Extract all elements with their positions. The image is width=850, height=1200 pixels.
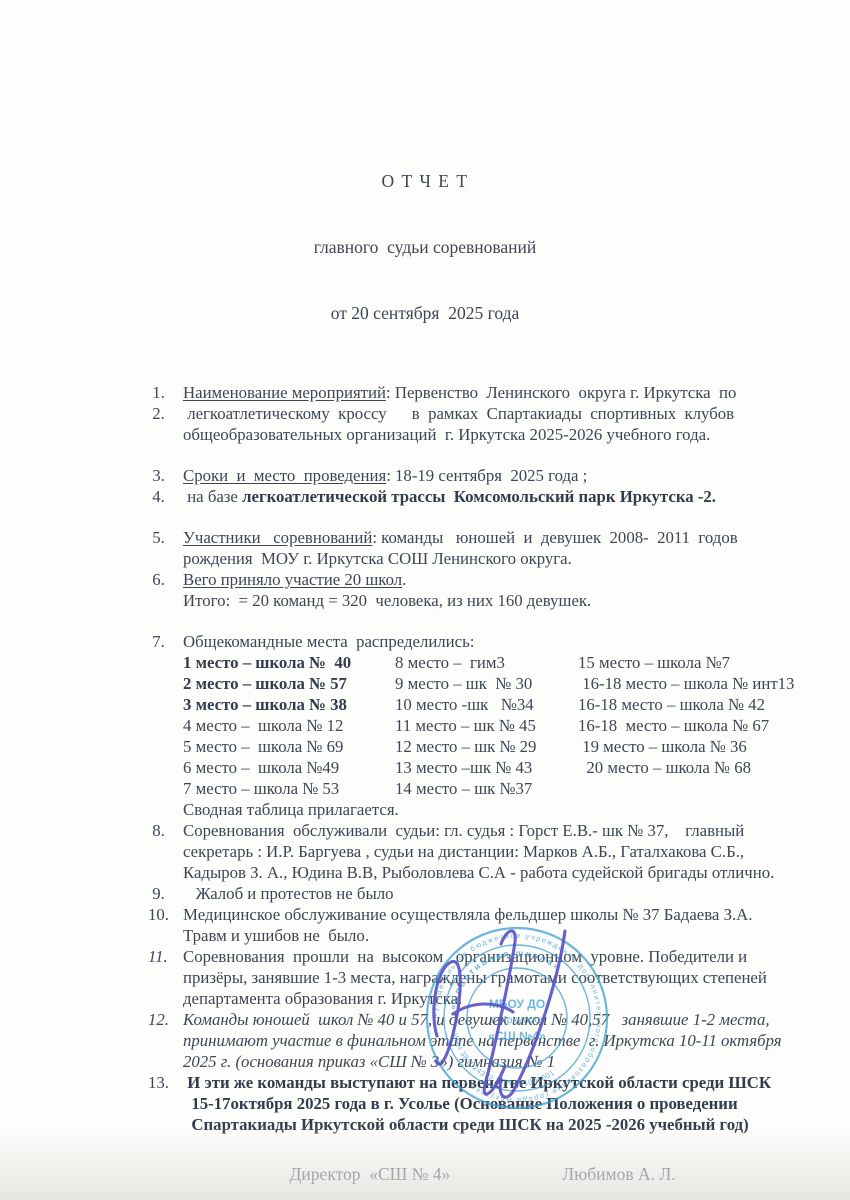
item-line: легкоатлетическому кроссу в рамках Спарт… [183, 403, 734, 424]
ranking-cell: 6 место – школа №49 [183, 757, 395, 778]
text-segment: Сводная таблица прилагается. [183, 800, 399, 819]
report-item: 7.Общекомандные места распределились:1 м… [148, 631, 832, 820]
item-number: 7. [148, 631, 183, 820]
text-segment: : команды юношей и девушек 2008- 2011 го… [372, 528, 737, 547]
ranking-cell: 11 место – шк № 45 [395, 715, 578, 736]
item-content: на базе легкоатлетической трассы Комсомо… [183, 486, 716, 507]
ranking-cell: 7 место – школа № 53 [183, 778, 395, 799]
text-segment: Вего приняло участие 20 школ [183, 570, 402, 589]
ranking-cell: 10 место -шк №34 [395, 694, 578, 715]
text-segment: на базе [183, 487, 242, 506]
text-segment: секретарь : И.Р. Баргуева , судьи на дис… [183, 842, 744, 861]
ranking-cell: 13 место –шк № 43 [395, 757, 578, 778]
director-row: Директор «СШ № 4»Любимов А. Л. [0, 1143, 850, 1200]
ranking-cell: 5 место – школа № 69 [183, 736, 395, 757]
ranking-cell: 1 место – школа № 40 [183, 652, 395, 673]
ranking-cell: 20 место – школа № 68 [578, 757, 751, 778]
ranking-row: 4 место – школа № 1211 место – шк № 4516… [183, 715, 794, 736]
item-number: 4. [148, 486, 183, 507]
item-line: Наименование мероприятий: Первенство Лен… [183, 382, 736, 403]
item-number: 11. [148, 946, 183, 1009]
item-line: рождения МОУ г. Иркутска СОШ Ленинского … [183, 548, 738, 569]
text-segment: Жалоб и протестов не было [183, 884, 394, 903]
item-line: Жалоб и протестов не было [183, 883, 394, 904]
item-line: Участники соревнований: команды юношей и… [183, 527, 738, 548]
text-segment: . [402, 570, 406, 589]
title-line-2: главного судьи соревнований [0, 236, 850, 258]
ranking-row: 7 место – школа № 5314 место – шк №37 [183, 778, 794, 799]
item-number: 1. [148, 382, 183, 403]
ranking-cell: 16-18 место – школа № инт13 [578, 673, 794, 694]
title-line-1: О Т Ч Е Т [0, 170, 850, 192]
ranking-cell: 16-18 место – школа № 67 [578, 715, 769, 736]
item-content: Сроки и место проведения: 18-19 сентября… [183, 465, 587, 486]
item-line: Кадыров З. А., Юдина В.В, Рыболовлева С.… [183, 862, 774, 883]
ranking-cell: 19 место – школа № 36 [578, 736, 747, 757]
item-line: Соревнования обслуживали судьи: гл. судь… [183, 820, 774, 841]
report-item: 4. на базе легкоатлетической трассы Комс… [148, 486, 832, 507]
ranking-cell: 9 место – шк № 30 [395, 673, 578, 694]
text-segment: Участники соревнований [183, 528, 372, 547]
ranking-cell: 15 место – школа №7 [578, 652, 730, 673]
item-number: 9. [148, 883, 183, 904]
report-item: 6.Вего приняло участие 20 школ.Итого: = … [148, 569, 832, 611]
item-content: Вего приняло участие 20 школ.Итого: = 20… [183, 569, 591, 611]
text-segment: Общекомандные места распределились: [183, 632, 474, 651]
stamp-signature-layer: муниципальное бюджетное учреждение допол… [415, 918, 620, 1118]
item-content: Наименование мероприятий: Первенство Лен… [183, 382, 736, 403]
item-content: Соревнования обслуживали судьи: гл. судь… [183, 820, 774, 883]
text-segment: Сроки и место проведения [183, 466, 386, 485]
ranking-cell: 3 место – школа № 38 [183, 694, 395, 715]
text-segment: Наименование мероприятий [183, 383, 386, 402]
text-segment: Травм и ушибов не было. [183, 926, 369, 945]
director-name: Любимов А. Л. [562, 1164, 675, 1184]
item-number: 5. [148, 527, 183, 569]
text-segment: легкоатлетической трассы Комсомольский п… [242, 487, 716, 506]
report-item: 9. Жалоб и протестов не было [148, 883, 832, 904]
ranking-row: 3 место – школа № 3810 место -шк №3416-1… [183, 694, 794, 715]
ranking-cell: 16-18 место – школа № 42 [578, 694, 765, 715]
report-item: 2. легкоатлетическому кроссу в рамках Сп… [148, 403, 832, 445]
item-number: 12. [148, 1009, 183, 1072]
text-segment: Соревнования обслуживали судьи: гл. судь… [183, 821, 744, 840]
item-content: легкоатлетическому кроссу в рамках Спарт… [183, 403, 734, 445]
text-segment: общеобразовательных организаций г. Иркут… [183, 425, 710, 444]
item-number: 6. [148, 569, 183, 611]
item-content: Жалоб и протестов не было [183, 883, 394, 904]
ranking-cell: 2 место – школа № 57 [183, 673, 395, 694]
item-line: общеобразовательных организаций г. Иркут… [183, 424, 734, 445]
text-segment: : Первенство Ленинского округа г. Иркутс… [386, 383, 736, 402]
document-title: О Т Ч Е Т главного судьи соревнований от… [0, 0, 850, 368]
text-segment: Кадыров З. А., Юдина В.В, Рыболовлева С.… [183, 863, 774, 882]
report-item: 8.Соревнования обслуживали судьи: гл. су… [148, 820, 832, 883]
report-item: 1.Наименование мероприятий: Первенство Л… [148, 382, 832, 403]
ranking-row: 2 место – школа № 579 место – шк № 30 16… [183, 673, 794, 694]
item-content: Участники соревнований: команды юношей и… [183, 527, 738, 569]
document-page: О Т Ч Е Т главного судьи соревнований от… [0, 0, 850, 1200]
item-number: 2. [148, 403, 183, 445]
text-segment: : 18-19 сентября 2025 года ; [386, 466, 587, 485]
report-item: 5.Участники соревнований: команды юношей… [148, 527, 832, 569]
item-line: на базе легкоатлетической трассы Комсомо… [183, 486, 716, 507]
ranking-cell: 8 место – гим3 [395, 652, 578, 673]
official-stamp-svg: муниципальное бюджетное учреждение допол… [415, 918, 620, 1118]
item-line: Сроки и место проведения: 18-19 сентября… [183, 465, 587, 486]
item-number: 3. [148, 465, 183, 486]
item-number: 13. [148, 1072, 183, 1135]
ranking-row: 1 место – школа № 408 место – гим315 мес… [183, 652, 794, 673]
ranking-row: 5 место – школа № 6912 место – шк № 29 1… [183, 736, 794, 757]
item-line: Сводная таблица прилагается. [183, 799, 794, 820]
item-number: 10. [148, 904, 183, 946]
rankings-table: 1 место – школа № 408 место – гим315 мес… [183, 652, 794, 799]
item-line: Вего приняло участие 20 школ. [183, 569, 591, 590]
ranking-cell: 14 место – шк №37 [395, 778, 578, 799]
item-line: секретарь : И.Р. Баргуева , судьи на дис… [183, 841, 774, 862]
text-segment: легкоатлетическому кроссу в рамках Спарт… [183, 404, 734, 423]
ranking-cell: 4 место – школа № 12 [183, 715, 395, 736]
director-label: Директор «СШ № 4» [290, 1164, 451, 1184]
text-segment: рождения МОУ г. Иркутска СОШ Ленинского … [183, 549, 572, 568]
ranking-row: 6 место – школа №4913 место –шк № 43 20 … [183, 757, 794, 778]
report-item: 3.Сроки и место проведения: 18-19 сентяб… [148, 465, 832, 486]
title-line-3: от 20 сентября 2025 года [0, 302, 850, 324]
ranking-cell: 12 место – шк № 29 [395, 736, 578, 757]
item-line: Общекомандные места распределились: [183, 631, 794, 652]
item-line: Итого: = 20 команд = 320 человека, из ни… [183, 590, 591, 611]
item-content: Общекомандные места распределились:1 мес… [183, 631, 794, 820]
text-segment: Итого: = 20 команд = 320 человека, из ни… [183, 591, 591, 610]
item-number: 8. [148, 820, 183, 883]
